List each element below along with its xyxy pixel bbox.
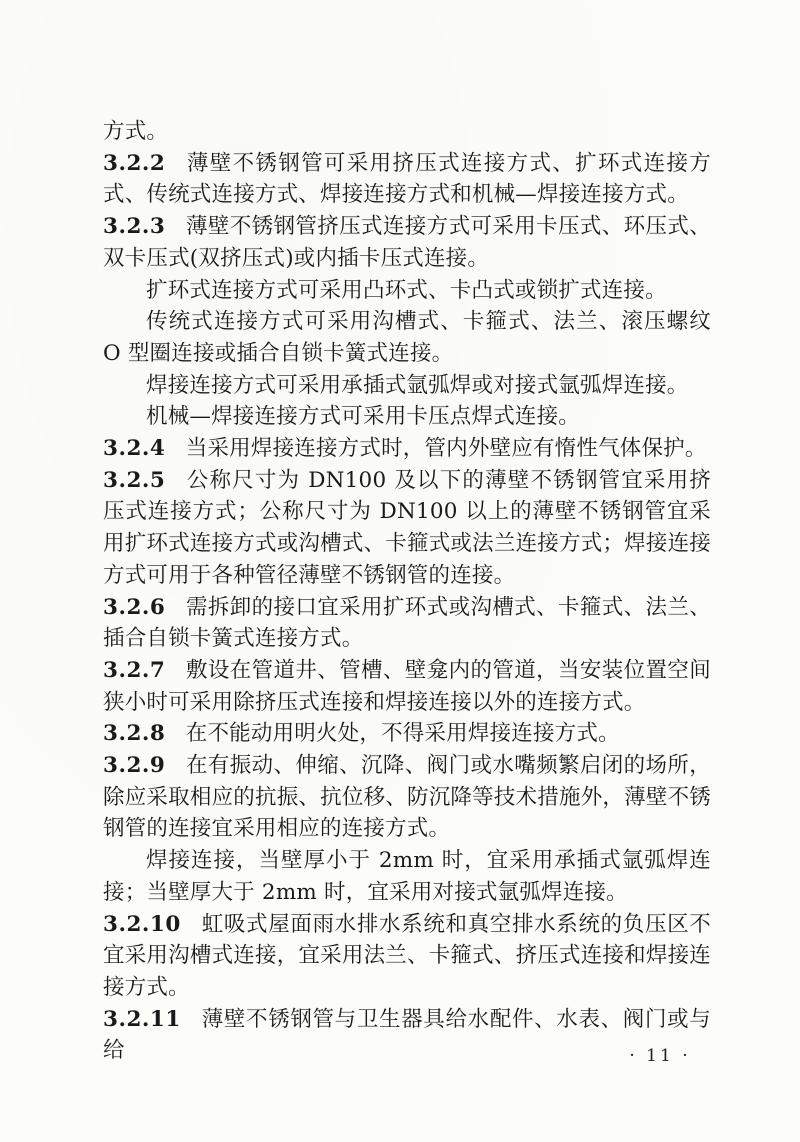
paragraph-continuation: 方式。 bbox=[103, 116, 711, 148]
clause-3-2-5: 3.2.5公称尺寸为 DN100 及以下的薄壁不锈钢管宜采用挤压式连接方式；公称… bbox=[103, 465, 711, 592]
clause-number: 3.2.9 bbox=[103, 753, 186, 778]
clause-number: 3.2.4 bbox=[103, 436, 186, 461]
clause-text: 公称尺寸为 DN100 及以下的薄壁不锈钢管宜采用挤压式连接方式；公称尺寸为 D… bbox=[103, 468, 711, 588]
clause-text: 方式。 bbox=[103, 119, 168, 144]
clause-number: 3.2.7 bbox=[103, 658, 186, 683]
clause-3-2-6: 3.2.6需拆卸的接口宜采用扩环式或沟槽式、卡箍式、法兰、插合自锁卡簧式连接方式… bbox=[103, 592, 711, 655]
scanned-page: 方式。 3.2.2薄壁不锈钢管可采用挤压式连接方式、扩环式连接方式、传统式连接方… bbox=[0, 0, 800, 1142]
clause-3-2-4: 3.2.4当采用焊接连接方式时，管内外壁应有惰性气体保护。 bbox=[103, 433, 711, 465]
clause-number: 3.2.8 bbox=[103, 721, 186, 746]
clause-3-2-2: 3.2.2薄壁不锈钢管可采用挤压式连接方式、扩环式连接方式、传统式连接方式、焊接… bbox=[103, 148, 711, 211]
clause-text: 薄壁不锈钢管可采用挤压式连接方式、扩环式连接方式、传统式连接方式、焊接连接方式和… bbox=[103, 151, 711, 208]
clause-text: 当采用焊接连接方式时，管内外壁应有惰性气体保护。 bbox=[186, 436, 707, 461]
subparagraph-wall-thickness: 焊接连接，当壁厚小于 2mm 时，宜采用承插式氩弧焊连接；当壁厚大于 2mm 时… bbox=[103, 845, 711, 908]
clause-text: 扩环式连接方式可采用凸环式、卡凸式或锁扩式连接。 bbox=[146, 278, 667, 303]
subparagraph-traditional: 传统式连接方式可采用沟槽式、卡箍式、法兰、滚压螺纹 O 型圈连接或插合自锁卡簧式… bbox=[103, 306, 711, 369]
clause-text: 敷设在管道井、管槽、壁龛内的管道，当安装位置空间狭小时可采用除挤压式连接和焊接连… bbox=[103, 658, 711, 715]
clause-text: 传统式连接方式可采用沟槽式、卡箍式、法兰、滚压螺纹 O 型圈连接或插合自锁卡簧式… bbox=[103, 309, 711, 366]
subparagraph-welding: 焊接连接方式可采用承插式氩弧焊或对接式氩弧焊连接。 bbox=[103, 370, 711, 402]
clause-number: 3.2.3 bbox=[103, 214, 186, 239]
clause-text: 需拆卸的接口宜采用扩环式或沟槽式、卡箍式、法兰、插合自锁卡簧式连接方式。 bbox=[103, 595, 711, 652]
clause-3-2-10: 3.2.10虹吸式屋面雨水排水系统和真空排水系统的负压区不宜采用沟槽式连接，宜采… bbox=[103, 909, 711, 1004]
page-content: 方式。 3.2.2薄壁不锈钢管可采用挤压式连接方式、扩环式连接方式、传统式连接方… bbox=[103, 116, 711, 1067]
clause-number: 3.2.6 bbox=[103, 595, 186, 620]
clause-text: 薄壁不锈钢管挤压式连接方式可采用卡压式、环压式、双卡压式(双挤压式)或内插卡压式… bbox=[103, 214, 711, 271]
clause-text: 在有振动、伸缩、沉降、阀门或水嘴频繁启闭的场所，除应采取相应的抗振、抗位移、防沉… bbox=[103, 753, 711, 841]
clause-text: 焊接连接，当壁厚小于 2mm 时，宜采用承插式氩弧焊连接；当壁厚大于 2mm 时… bbox=[103, 848, 711, 905]
clause-3-2-3: 3.2.3薄壁不锈钢管挤压式连接方式可采用卡压式、环压式、双卡压式(双挤压式)或… bbox=[103, 211, 711, 274]
clause-number: 3.2.2 bbox=[103, 151, 186, 176]
clause-number: 3.2.5 bbox=[103, 468, 186, 493]
clause-3-2-8: 3.2.8在不能动用明火处，不得采用焊接连接方式。 bbox=[103, 718, 711, 750]
subparagraph-expand-ring: 扩环式连接方式可采用凸环式、卡凸式或锁扩式连接。 bbox=[103, 275, 711, 307]
clause-text: 在不能动用明火处，不得采用焊接连接方式。 bbox=[186, 721, 620, 746]
page-number: · 11 · bbox=[618, 1046, 702, 1066]
subparagraph-mechanical-welding: 机械—焊接连接方式可采用卡压点焊式连接。 bbox=[103, 401, 711, 433]
clause-text: 焊接连接方式可采用承插式氩弧焊或对接式氩弧焊连接。 bbox=[146, 373, 689, 398]
clause-3-2-7: 3.2.7敷设在管道井、管槽、壁龛内的管道，当安装位置空间狭小时可采用除挤压式连… bbox=[103, 655, 711, 718]
clause-number: 3.2.10 bbox=[103, 912, 201, 937]
clause-3-2-9: 3.2.9在有振动、伸缩、沉降、阀门或水嘴频繁启闭的场所，除应采取相应的抗振、抗… bbox=[103, 750, 711, 845]
clause-number: 3.2.11 bbox=[103, 1007, 201, 1032]
clause-text: 机械—焊接连接方式可采用卡压点焊式连接。 bbox=[146, 404, 580, 429]
